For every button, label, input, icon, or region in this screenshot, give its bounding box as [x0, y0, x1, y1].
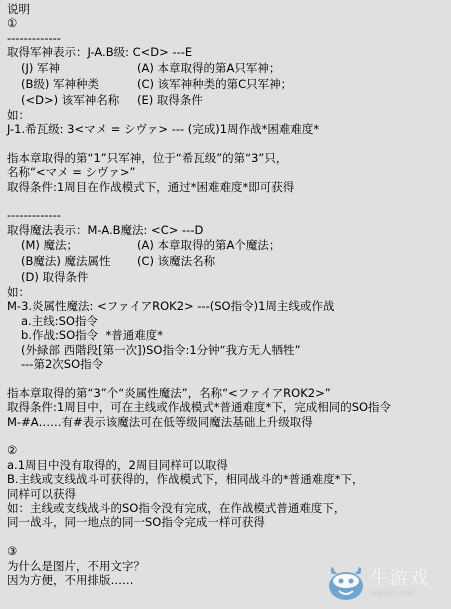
watermark-title: 牛游戏	[370, 570, 430, 588]
legend-right: (A) 本章取得的第A个魔法；	[137, 237, 280, 253]
section-1-marker: ①	[7, 16, 447, 30]
magic-legend-row: (M) 魔法； (A) 本章取得的第A个魔法；	[7, 237, 447, 253]
legend-row: (B级) 军神种类 (C) 该军神种类的第C只军神；	[7, 76, 447, 92]
example-line: J-1.希瓦级: 3<マメ = シヴァ> --- (完成)1周作战*困难难度*	[7, 122, 447, 136]
magic-explain: 取得条件:1周目中，可在主线或作战模式*普通难度*下，完成相同的SO指令	[7, 400, 447, 414]
section-2-line: a.1周目中没有取得的，2周目同样可以取得	[7, 458, 447, 472]
magic-example: M-3.炎属性魔法: <ファイアROK2> ---(SO指令)1周主线或作战	[7, 299, 447, 313]
explain-line: 取得条件:1周目在作战模式下，通过*困难难度*即可获得	[7, 180, 447, 194]
magic-format: 取得魔法表示：M-A.B魔法: <C> ---D	[7, 223, 447, 237]
divider: -------------	[7, 31, 447, 45]
cow-mascot-icon	[326, 566, 366, 602]
magic-sub: ---第2次SO指令	[7, 357, 447, 371]
divider: -------------	[7, 208, 447, 222]
legend-left: (B魔法) 魔法属性	[21, 253, 137, 269]
legend-row: (<D>) 该军神名称 (E) 取得条件	[7, 92, 447, 108]
explain-line: 名称“<マメ = シヴァ>”	[7, 165, 447, 179]
section-2-line: 如：主线或支线战斗的SO指令没有完成，在作战模式普通难度下，	[7, 501, 447, 515]
section-2-marker: ②	[7, 443, 447, 457]
section-2-line: 同一战斗，同一地点的同一SO指令完成一样可获得	[7, 515, 447, 529]
legend-left: (J) 军神	[21, 60, 137, 76]
magic-sub: a.主线:SO指令	[7, 314, 447, 328]
legend-right: (A) 本章取得的第A只军神；	[137, 60, 280, 76]
legend-left: (D) 取得条件	[21, 269, 137, 285]
watermark-url: newyx.net	[370, 590, 430, 599]
section-2-line: B.主线或支线战斗可获得的，作战模式下，相同战斗的*普通难度*下，	[7, 472, 447, 486]
legend-left: (B级) 军神种类	[21, 76, 137, 92]
doc-title: 说明	[7, 2, 447, 16]
magic-explain: 指本章取得的第“3”个“炎属性魔法”，名称“<ファイアROK2>”	[7, 386, 447, 400]
magic-explain: M-#A……有#表示该魔法可在低等级同魔法基础上升级取得	[7, 415, 447, 429]
watermark: 牛游戏 newyx.net	[326, 562, 448, 606]
junshen-format: 取得军神表示：J-A.B级: C<D> ---E	[7, 45, 447, 59]
legend-right: (C) 该魔法名称	[137, 253, 215, 269]
magic-legend-row: (B魔法) 魔法属性 (C) 该魔法名称	[7, 253, 447, 269]
example-label: 如：	[7, 108, 447, 122]
document: 说明 ① ------------- 取得军神表示：J-A.B级: C<D> -…	[7, 2, 447, 587]
magic-sub: (外緑部 西階段[第一次])SO指令:1分钟“我方无人牺牲”	[7, 343, 447, 357]
magic-example-label: 如：	[7, 285, 447, 299]
legend-right: (C) 该军神种类的第C只军神；	[137, 76, 292, 92]
legend-row: (J) 军神 (A) 本章取得的第A只军神；	[7, 60, 447, 76]
magic-sub: b.作战:SO指令 *普通难度*	[7, 328, 447, 342]
legend-right: (E) 取得条件	[137, 92, 203, 108]
magic-legend-row: (D) 取得条件	[7, 269, 447, 285]
section-3-marker: ③	[7, 544, 447, 558]
section-2-line: 同样可以获得	[7, 487, 447, 501]
legend-left: (M) 魔法；	[21, 237, 137, 253]
explain-line: 指本章取得的第“1”只军神，位于“希瓦级”的第“3”只，	[7, 151, 447, 165]
legend-left: (<D>) 该军神名称	[21, 92, 137, 108]
